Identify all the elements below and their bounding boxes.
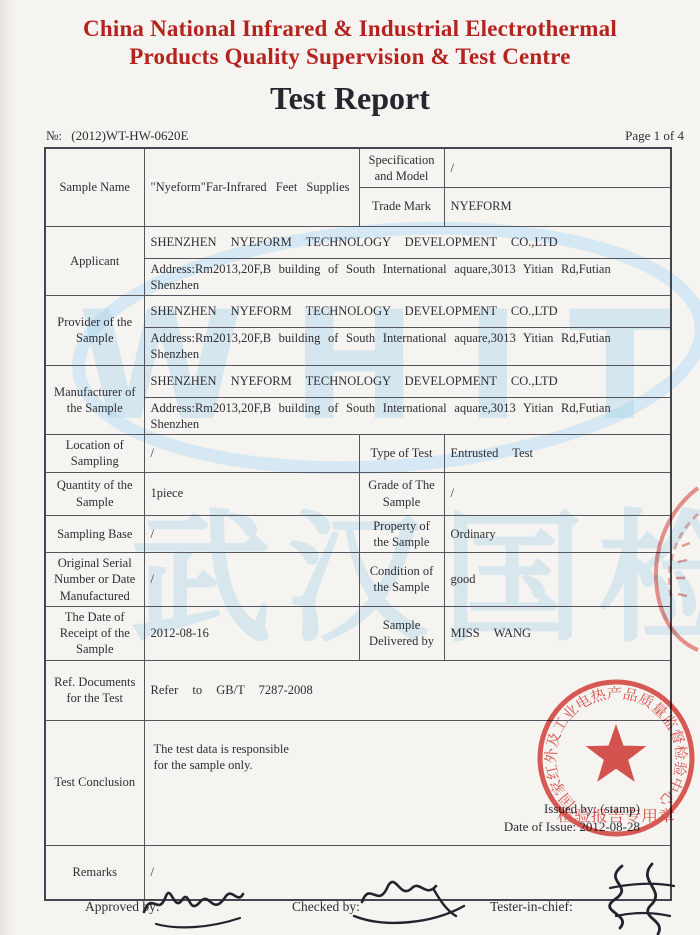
delivered-by-value: MISS WANG: [444, 606, 671, 660]
table-row: Quantity of the Sample 1piece Grade of T…: [45, 472, 671, 515]
condition-value: good: [444, 553, 671, 607]
manufacturer-company: SHENZHEN NYEFORM TECHNOLOGY DEVELOPMENT …: [144, 365, 671, 397]
partial-stamp-edge: [648, 484, 700, 654]
condition-label: Condition of the Sample: [359, 553, 444, 607]
property-label: Property of the Sample: [359, 515, 444, 553]
applicant-label: Applicant: [45, 226, 144, 296]
type-of-test-label: Type of Test: [359, 435, 444, 473]
ref-docs-label: Ref. Documents for the Test: [45, 660, 144, 720]
report-number-line: №: (2012)WT-HW-0620E: [46, 128, 188, 144]
sampling-base-label: Sampling Base: [45, 515, 144, 553]
provider-company: SHENZHEN NYEFORM TECHNOLOGY DEVELOPMENT …: [144, 296, 671, 328]
stamp-star: [586, 724, 647, 782]
serial-value: /: [144, 553, 359, 607]
table-row: Sampling Base / Property of the Sample O…: [45, 515, 671, 553]
table-row: Original Serial Number or Date Manufactu…: [45, 553, 671, 607]
location-sampling-value: /: [144, 435, 359, 473]
remarks-label: Remarks: [45, 845, 144, 900]
property-value: Ordinary: [444, 515, 671, 553]
stamp-bottom-text: 检验报告专用章: [557, 807, 675, 825]
table-row: Manufacturer of the Sample SHENZHEN NYEF…: [45, 365, 671, 397]
type-of-test-value: Entrusted Test: [444, 435, 671, 473]
grade-value: /: [444, 472, 671, 515]
scan-edge-shadow: [0, 0, 14, 935]
spec-model-label: Specification and Model: [359, 148, 444, 187]
org-name-line2: Products Quality Supervision & Test Cent…: [0, 44, 700, 70]
manufacturer-label: Manufacturer of the Sample: [45, 365, 144, 435]
trademark-value: NYEFORM: [444, 187, 671, 226]
trademark-label: Trade Mark: [359, 187, 444, 226]
grade-label: Grade of The Sample: [359, 472, 444, 515]
tester-in-chief-label: Tester-in-chief:: [490, 899, 573, 915]
manufacturer-address: Address:Rm2013,20F,B building of South I…: [144, 397, 671, 435]
report-number-value: (2012)WT-HW-0620E: [71, 128, 188, 143]
sample-name-value: "Nyeform"Far-Infrared Feet Supplies: [144, 148, 359, 226]
checked-signature: [348, 872, 470, 930]
table-row: The Date of Receipt of the Sample 2012-0…: [45, 606, 671, 660]
table-row: Location of Sampling / Type of Test Entr…: [45, 435, 671, 473]
page-indicator: Page 1 of 4: [625, 128, 684, 144]
receipt-date-label: The Date of Receipt of the Sample: [45, 606, 144, 660]
receipt-date-value: 2012-08-16: [144, 606, 359, 660]
provider-address: Address:Rm2013,20F,B building of South I…: [144, 328, 671, 366]
table-row: Provider of the Sample SHENZHEN NYEFORM …: [45, 296, 671, 328]
serial-label: Original Serial Number or Date Manufactu…: [45, 553, 144, 607]
conclusion-line2: for the sample only.: [154, 757, 384, 774]
conclusion-text: The test data is responsible for the sam…: [154, 741, 384, 775]
applicant-company: SHENZHEN NYEFORM TECHNOLOGY DEVELOPMENT …: [144, 226, 671, 258]
page-title: Test Report: [0, 80, 700, 117]
report-number-label: №:: [46, 128, 62, 143]
sampling-base-value: /: [144, 515, 359, 553]
test-report-page: WHIT 武汉国检 China National Infrared & Indu…: [0, 0, 700, 935]
location-sampling-label: Location of Sampling: [45, 435, 144, 473]
tester-signature: [588, 860, 688, 935]
org-name-line1: China National Infrared & Industrial Ele…: [0, 16, 700, 42]
provider-label: Provider of the Sample: [45, 296, 144, 366]
table-row: Sample Name "Nyeform"Far-Infrared Feet S…: [45, 148, 671, 187]
conclusion-label: Test Conclusion: [45, 720, 144, 845]
spec-model-value: /: [444, 148, 671, 187]
official-stamp: 国家红外及工业电热产品质量监督检验中心 检验报告专用章: [528, 670, 700, 846]
sample-name-label: Sample Name: [45, 148, 144, 226]
quantity-label: Quantity of the Sample: [45, 472, 144, 515]
table-row: Applicant SHENZHEN NYEFORM TECHNOLOGY DE…: [45, 226, 671, 258]
applicant-address: Address:Rm2013,20F,B building of South I…: [144, 258, 671, 296]
quantity-value: 1piece: [144, 472, 359, 515]
approved-signature: [138, 878, 248, 935]
delivered-by-label: Sample Delivered by: [359, 606, 444, 660]
conclusion-line1: The test data is responsible: [154, 741, 384, 758]
